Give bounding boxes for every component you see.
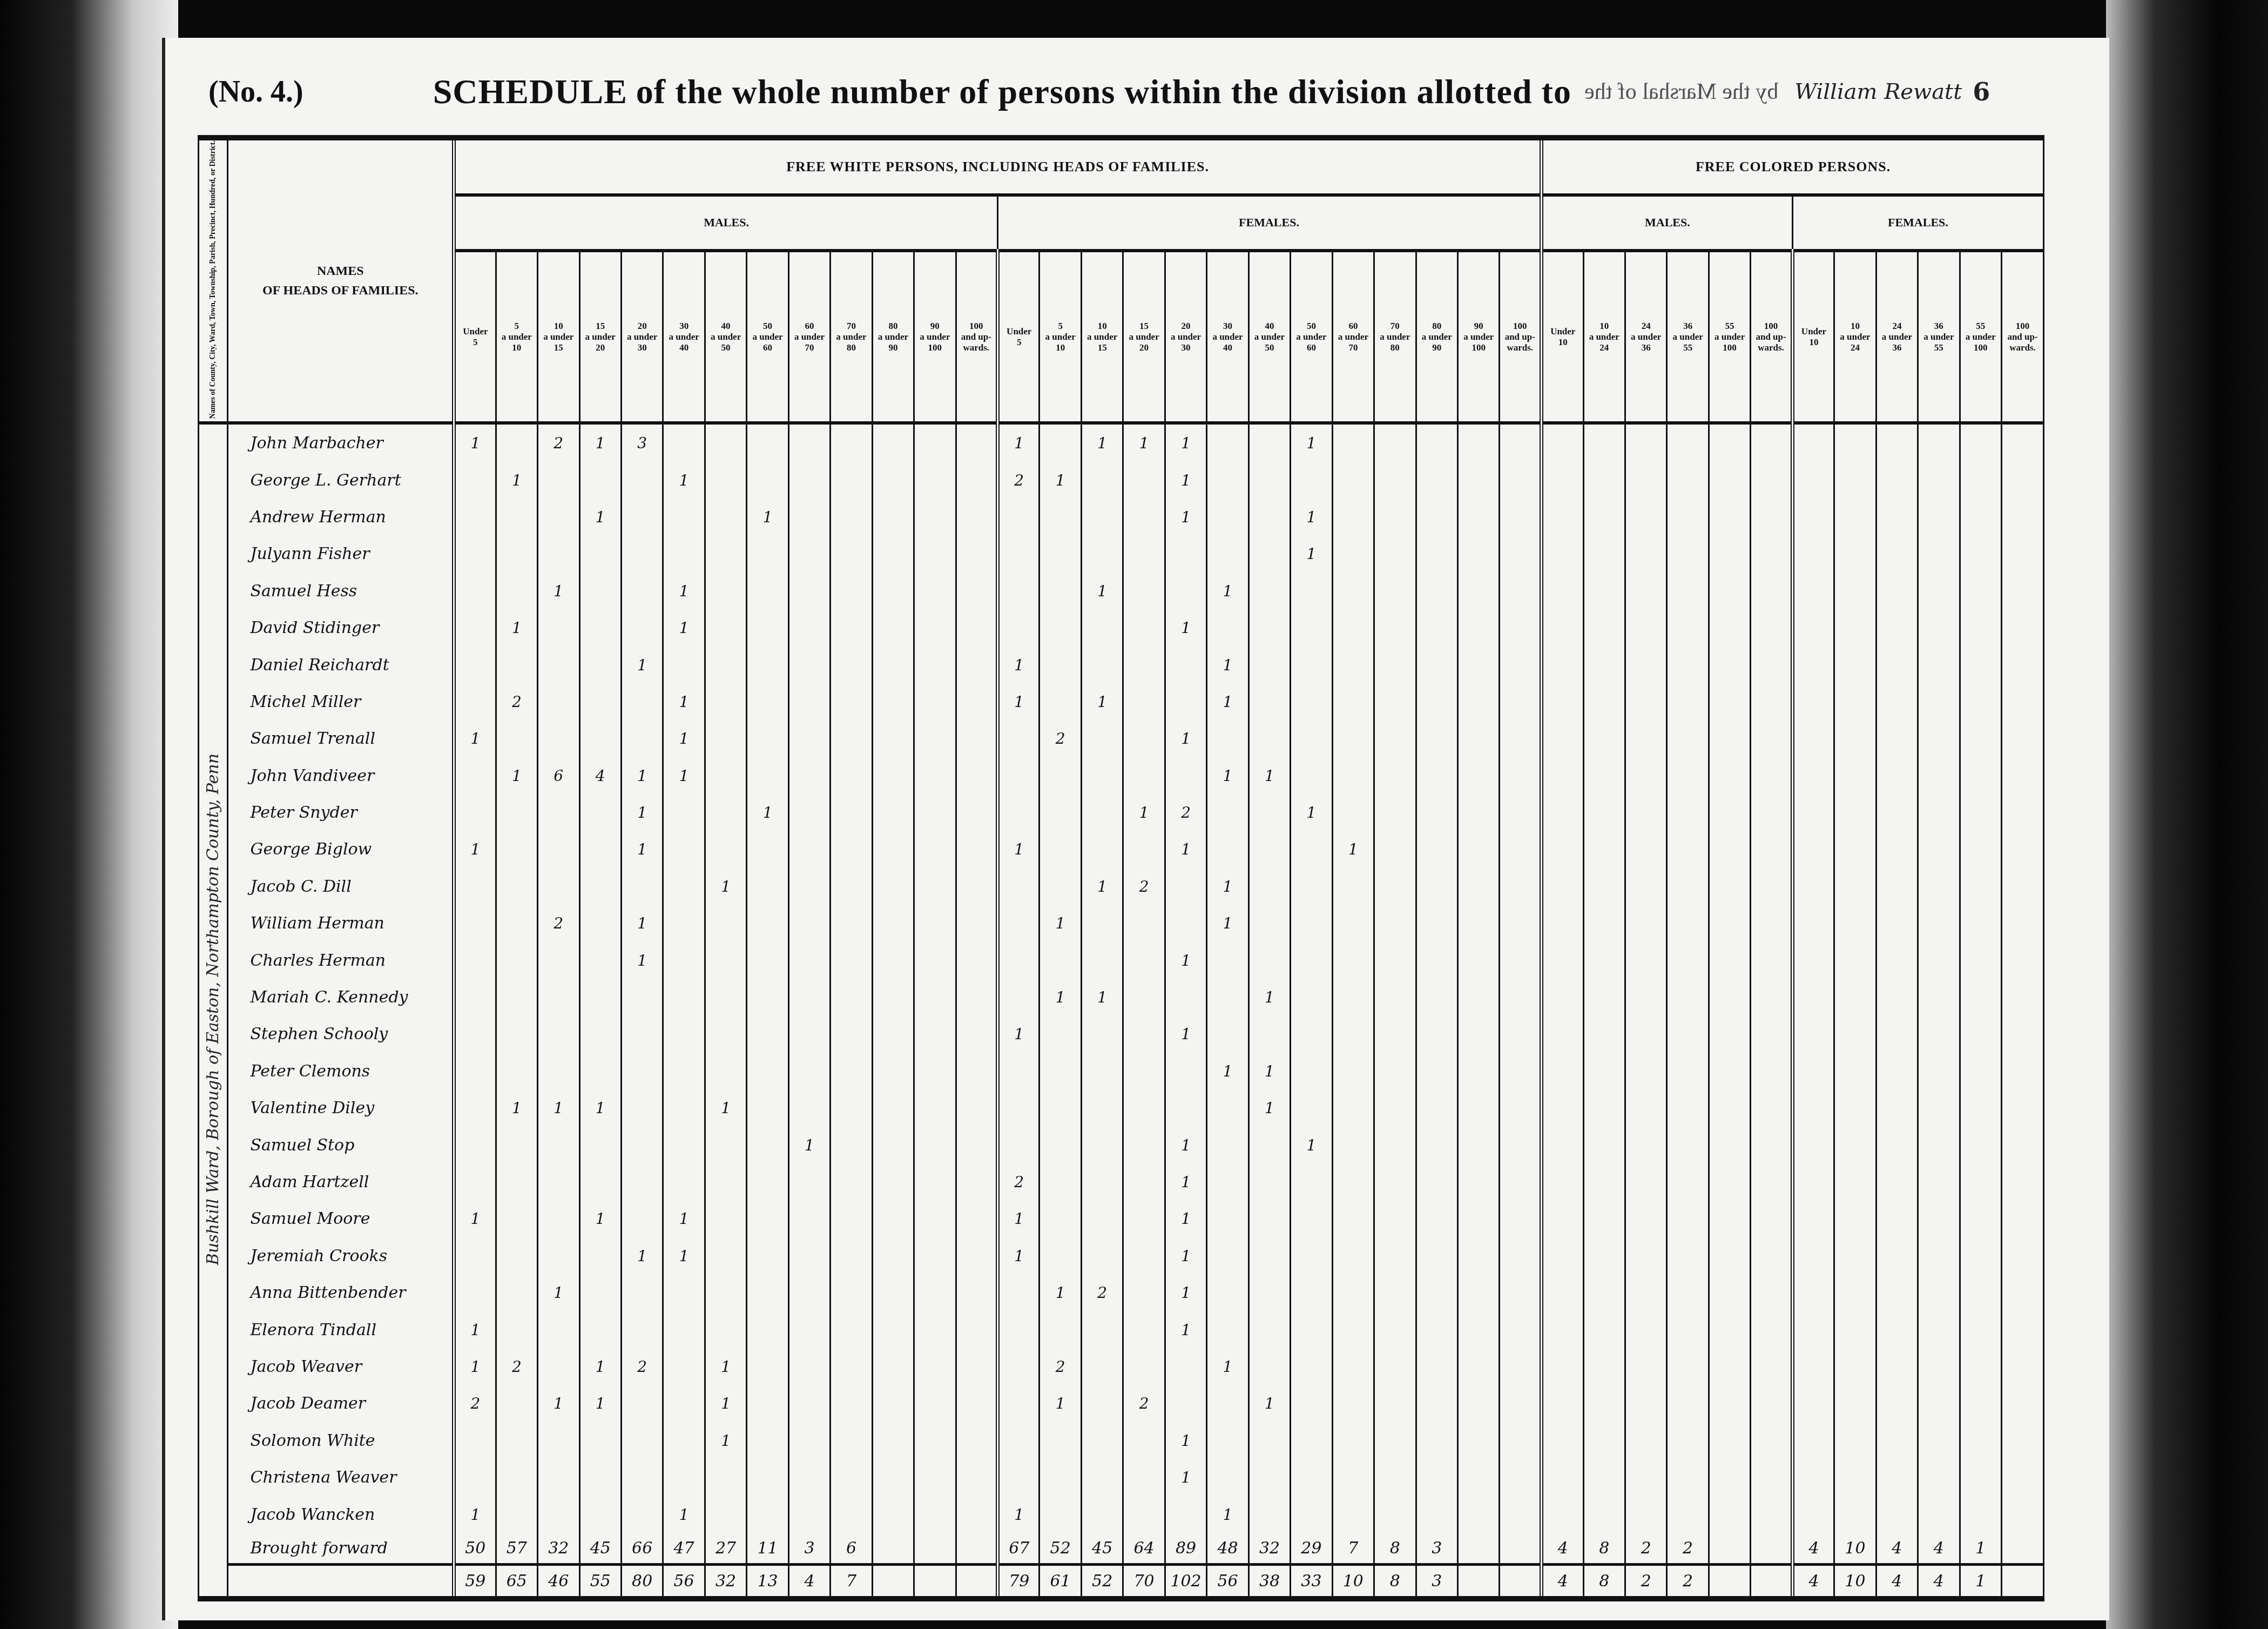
white-female-count [1332, 1237, 1374, 1274]
total-cm: 4 [1542, 1565, 1583, 1599]
white-female-count [1081, 647, 1123, 683]
head-of-family-name: Andrew Herman [228, 499, 454, 535]
colored-male-count [1583, 1016, 1625, 1053]
white-female-count [1374, 462, 1416, 499]
white-male-count: 1 [496, 462, 537, 499]
colored-female-count [2002, 757, 2044, 794]
white-female-count [1039, 794, 1081, 831]
white-female-count [1291, 1348, 1332, 1385]
colored-male-count [1709, 794, 1750, 831]
white-male-count [788, 1348, 830, 1385]
colored-female-count [1918, 868, 1960, 905]
white-male-count: 1 [747, 499, 788, 535]
white-female-count [1374, 794, 1416, 831]
white-female-count [1458, 1311, 1500, 1348]
white-male-count [663, 1422, 705, 1459]
white-male-count [538, 1496, 579, 1533]
white-females-header: FEMALES. [998, 195, 1542, 251]
colored-male-count [1751, 831, 1792, 868]
head-of-family-name: Peter Clemons [228, 1053, 454, 1089]
white-male-count [663, 1053, 705, 1089]
title-main: SCHEDULE [433, 72, 627, 112]
white-male-age-3: 15a under20 [579, 251, 621, 423]
white-female-count [1207, 1459, 1248, 1496]
white-male-count [621, 1053, 663, 1089]
colored-male-count [1667, 423, 1709, 461]
colored-male-count [1542, 1090, 1583, 1127]
white-female-count [1416, 1201, 1457, 1237]
total-wm: 13 [747, 1565, 788, 1599]
white-female-count: 1 [1332, 831, 1374, 868]
colored-male-count [1625, 573, 1666, 609]
white-male-count [788, 499, 830, 535]
white-male-count [914, 868, 956, 905]
colored-female-count [1918, 536, 1960, 573]
white-male-count [538, 979, 579, 1015]
white-male-count [788, 1496, 830, 1533]
white-female-count [1039, 1016, 1081, 1053]
white-male-count [538, 1237, 579, 1274]
white-male-count: 1 [705, 1385, 746, 1422]
white-male-count [621, 499, 663, 535]
head-of-family-name: William Herman [228, 905, 454, 942]
white-male-count [831, 979, 872, 1015]
white-male-count [747, 1459, 788, 1496]
white-female-count [1416, 1016, 1457, 1053]
white-male-count: 1 [663, 573, 705, 609]
colored-female-count [1876, 1127, 1918, 1163]
white-female-count [1374, 423, 1416, 461]
total-wm: 50 [454, 1533, 496, 1565]
colored-male-count [1751, 647, 1792, 683]
census-page: (No. 4.) SCHEDULE of the whole number of… [162, 38, 2109, 1620]
white-female-count [1039, 757, 1081, 794]
colored-male-count [1583, 573, 1625, 609]
white-male-count [872, 683, 914, 720]
colored-male-count [1751, 1385, 1792, 1422]
colored-female-count [1960, 609, 2001, 646]
white-male-age-11: 90a under100 [914, 251, 956, 423]
place-column-header: Names of County, City, Ward, Town, Towns… [199, 138, 228, 423]
total-wm: 55 [579, 1565, 621, 1599]
white-male-count: 2 [538, 905, 579, 942]
white-male-count [747, 942, 788, 979]
colored-female-count [1834, 423, 1876, 461]
colored-female-count [1876, 423, 1918, 461]
white-female-count [1123, 1459, 1165, 1496]
white-male-count: 1 [496, 609, 537, 646]
white-female-count: 1 [1207, 573, 1248, 609]
white-female-count [1458, 794, 1500, 831]
white-male-count [496, 1496, 537, 1533]
white-female-count [1332, 1274, 1374, 1311]
colored-male-count [1667, 1016, 1709, 1053]
colored-male-count [1625, 831, 1666, 868]
white-female-count [1165, 1348, 1206, 1385]
colored-male-count [1667, 1163, 1709, 1200]
white-male-count [663, 1016, 705, 1053]
colored-female-count [1792, 462, 1834, 499]
white-male-count [663, 423, 705, 461]
household-row: David Stidinger111 [199, 609, 2044, 646]
age-label-part: a under [706, 332, 746, 342]
colored-male-count [1625, 1201, 1666, 1237]
household-row: Samuel Moore11111 [199, 1201, 2044, 1237]
colored-female-count [1918, 647, 1960, 683]
white-male-count: 1 [705, 1348, 746, 1385]
white-male-age-0: Under5 [454, 251, 496, 423]
white-female-count [1248, 721, 1290, 757]
total-cf: 1 [1960, 1565, 2001, 1599]
total-wf: 67 [998, 1533, 1039, 1565]
age-label-part: 30 [622, 342, 662, 353]
colored-female-count [1918, 1237, 1960, 1274]
age-label-part: 70 [1375, 321, 1415, 332]
head-of-family-name: Mariah C. Kennedy [228, 979, 454, 1015]
white-female-count: 1 [1291, 499, 1332, 535]
age-label-part: a under [1626, 332, 1666, 342]
white-male-count [538, 1459, 579, 1496]
white-female-count [1291, 1090, 1332, 1127]
colored-female-count [1960, 1201, 2001, 1237]
age-label-part: 55 [1668, 342, 1707, 353]
age-label-part: a under [1291, 332, 1331, 342]
colored-male-count [1751, 1274, 1792, 1311]
white-female-count: 1 [998, 1496, 1039, 1533]
white-male-count [579, 573, 621, 609]
white-female-count: 1 [1165, 831, 1206, 868]
colored-female-count [1960, 1127, 2001, 1163]
white-female-age-0: Under5 [998, 251, 1039, 423]
colored-male-count [1751, 757, 1792, 794]
white-female-count [1374, 1053, 1416, 1089]
white-male-count [663, 1459, 705, 1496]
white-male-count [705, 423, 746, 461]
white-female-count [1416, 1090, 1457, 1127]
head-of-family-name: Peter Snyder [228, 794, 454, 831]
white-female-count [1291, 573, 1332, 609]
colored-female-count [1960, 1053, 2001, 1089]
white-female-age-6: 40a under50 [1248, 251, 1290, 423]
white-male-count [454, 905, 496, 942]
colored-male-count [1583, 1348, 1625, 1385]
white-female-count: 1 [1207, 1348, 1248, 1385]
total-cf: 4 [1792, 1533, 1834, 1565]
total-wf: 29 [1291, 1533, 1332, 1565]
white-female-count [1416, 647, 1457, 683]
age-label-part: 100 [2002, 321, 2043, 332]
colored-male-count [1583, 1237, 1625, 1274]
age-label-part: 15 [1082, 342, 1122, 353]
white-male-count [914, 573, 956, 609]
white-male-count [496, 536, 537, 573]
head-of-family-name: Christena Weaver [228, 1459, 454, 1496]
white-female-count [998, 1274, 1039, 1311]
colored-male-count [1625, 794, 1666, 831]
white-female-count [1291, 609, 1332, 646]
white-male-count [831, 831, 872, 868]
white-male-count [496, 573, 537, 609]
white-male-count [747, 683, 788, 720]
total-wm [914, 1565, 956, 1599]
colored-male-count [1542, 1053, 1583, 1089]
colored-male-count [1583, 1385, 1625, 1422]
white-female-count [1374, 831, 1416, 868]
white-male-count [956, 1385, 997, 1422]
colored-female-count [1960, 831, 2001, 868]
white-female-count [1374, 1459, 1416, 1496]
white-male-count [914, 1385, 956, 1422]
colored-female-count [1876, 1348, 1918, 1385]
colored-male-count [1667, 1348, 1709, 1385]
white-female-count: 1 [1291, 423, 1332, 461]
white-female-count [1500, 1237, 1542, 1274]
head-of-family-name: Samuel Stop [228, 1127, 454, 1163]
white-female-count [1291, 1201, 1332, 1237]
colored-male-count [1625, 1385, 1666, 1422]
head-of-family-name: Elenora Tindall [228, 1311, 454, 1348]
white-female-count [1332, 609, 1374, 646]
white-male-count [747, 868, 788, 905]
white-female-count: 1 [1039, 979, 1081, 1015]
white-female-count [1458, 868, 1500, 905]
white-female-count [1165, 536, 1206, 573]
colored-female-count [1876, 979, 1918, 1015]
white-female-count: 1 [1207, 647, 1248, 683]
white-male-count [872, 1053, 914, 1089]
colored-male-count [1709, 1385, 1750, 1422]
total-wm: 66 [621, 1533, 663, 1565]
white-female-count [1291, 1422, 1332, 1459]
age-label-part: a under [747, 332, 787, 342]
colored-male-count [1667, 609, 1709, 646]
white-male-count [454, 499, 496, 535]
white-female-count [1248, 794, 1290, 831]
age-label-part: 20 [580, 342, 620, 353]
colored-male-count [1709, 831, 1750, 868]
age-label-part: 80 [831, 342, 871, 353]
white-male-count [579, 647, 621, 683]
colored-male-count [1667, 573, 1709, 609]
white-female-count [1500, 1274, 1542, 1311]
colored-male-count [1667, 683, 1709, 720]
white-male-count [872, 647, 914, 683]
head-of-family-name: George L. Gerhart [228, 462, 454, 499]
white-female-count [1248, 1496, 1290, 1533]
white-male-count [914, 499, 956, 535]
age-label-part: 10 [497, 342, 537, 353]
white-female-count [1416, 1385, 1457, 1422]
white-male-count [914, 536, 956, 573]
white-female-count [1081, 831, 1123, 868]
colored-male-count [1667, 794, 1709, 831]
white-male-count [914, 462, 956, 499]
household-row: Elenora Tindall11 [199, 1311, 2044, 1348]
white-female-count [998, 499, 1039, 535]
white-female-count [998, 979, 1039, 1015]
white-female-count [1081, 1459, 1123, 1496]
white-male-count [914, 1311, 956, 1348]
white-male-count [872, 462, 914, 499]
white-female-count [1374, 721, 1416, 757]
white-male-count: 4 [579, 757, 621, 794]
bleed-through-text: by the Marshal of the [1584, 79, 1778, 105]
age-label-part: 24 [1626, 321, 1666, 332]
colored-female-count [2002, 1090, 2044, 1127]
head-of-family-name: Adam Hartzell [228, 1163, 454, 1200]
white-female-count [1039, 1237, 1081, 1274]
colored-female-count [1918, 1496, 1960, 1533]
head-of-family-name: George Biglow [228, 831, 454, 868]
white-male-count [663, 868, 705, 905]
white-male-count [914, 1422, 956, 1459]
age-label-part: 40 [1250, 321, 1290, 332]
white-female-count [1207, 721, 1248, 757]
white-male-count [831, 1459, 872, 1496]
total-wm: 80 [621, 1565, 663, 1599]
total-wm [956, 1533, 997, 1565]
white-male-count [831, 721, 872, 757]
colored-female-count [1876, 609, 1918, 646]
white-female-count [1207, 942, 1248, 979]
head-of-family-name: Charles Herman [228, 942, 454, 979]
age-label-part: 100 [1961, 342, 2001, 353]
colored-male-count [1542, 1459, 1583, 1496]
white-male-count [538, 1422, 579, 1459]
white-male-count [872, 1163, 914, 1200]
white-male-count: 1 [538, 1274, 579, 1311]
white-female-count [1416, 1237, 1457, 1274]
colored-male-count [1542, 423, 1583, 461]
colored-male-count [1583, 794, 1625, 831]
white-female-count [1500, 1016, 1542, 1053]
colored-female-count [1834, 573, 1876, 609]
white-female-count [1123, 757, 1165, 794]
white-male-count [747, 1385, 788, 1422]
colored-male-count [1625, 1348, 1666, 1385]
white-female-count [1416, 1274, 1457, 1311]
white-male-count [788, 905, 830, 942]
white-male-count [788, 423, 830, 461]
white-male-count [538, 868, 579, 905]
white-female-count [1165, 979, 1206, 1015]
white-female-count [1500, 1385, 1542, 1422]
white-female-count [1458, 1459, 1500, 1496]
colored-male-count [1751, 683, 1792, 720]
white-male-count [914, 1090, 956, 1127]
white-male-count [496, 1016, 537, 1053]
white-female-count [1165, 868, 1206, 905]
white-female-count [1332, 1496, 1374, 1533]
white-male-count [454, 609, 496, 646]
white-male-count [788, 1016, 830, 1053]
total-cm: 2 [1625, 1565, 1666, 1599]
white-male-count [496, 831, 537, 868]
colored-female-count [1834, 979, 1876, 1015]
white-female-count [1332, 1385, 1374, 1422]
white-male-count [663, 1090, 705, 1127]
white-male-count [956, 1127, 997, 1163]
white-female-count [1165, 683, 1206, 720]
colored-male-count [1542, 831, 1583, 868]
age-label-part: 24 [1584, 342, 1624, 353]
colored-females-header: FEMALES. [1792, 195, 2043, 251]
white-female-count [1374, 1385, 1416, 1422]
white-female-count [998, 1090, 1039, 1127]
age-label-part: a under [1250, 332, 1290, 342]
white-males-header: MALES. [454, 195, 998, 251]
age-label-part: 36 [1919, 321, 1959, 332]
white-female-count [1039, 1127, 1081, 1163]
white-male-count [956, 1274, 997, 1311]
white-male-count [747, 1496, 788, 1533]
age-label-part: 55 [1919, 342, 1959, 353]
age-label-part: 40 [664, 342, 704, 353]
total-wf: 3 [1416, 1533, 1457, 1565]
colored-male-count [1709, 1422, 1750, 1459]
white-female-count: 1 [1291, 794, 1332, 831]
white-female-count: 1 [1165, 1459, 1206, 1496]
white-male-age-9: 70a under80 [831, 251, 872, 423]
total-cm [1709, 1533, 1750, 1565]
household-row: George L. Gerhart11211 [199, 462, 2044, 499]
white-female-count [1416, 1163, 1457, 1200]
white-male-count: 1 [621, 1237, 663, 1274]
colored-female-count [1834, 794, 1876, 831]
white-male-count [705, 794, 746, 831]
colored-female-count [2002, 1053, 2044, 1089]
household-row: Bushkill Ward, Borough of Easton, Northa… [199, 423, 2044, 461]
colored-female-count [1792, 794, 1834, 831]
white-female-count: 1 [1165, 1127, 1206, 1163]
white-male-count: 1 [579, 1201, 621, 1237]
white-female-count [1081, 1237, 1123, 1274]
total-wf: 61 [1039, 1565, 1081, 1599]
white-female-count [1248, 573, 1290, 609]
colored-female-count [1960, 868, 2001, 905]
white-male-count [747, 423, 788, 461]
white-male-count [538, 462, 579, 499]
white-female-count: 1 [1165, 609, 1206, 646]
total-wf: 8 [1374, 1565, 1416, 1599]
white-female-count [1374, 499, 1416, 535]
head-of-family-name: Samuel Hess [228, 573, 454, 609]
white-female-count [1458, 1348, 1500, 1385]
white-male-count: 1 [621, 757, 663, 794]
white-female-count [1332, 573, 1374, 609]
total-wm: 46 [538, 1565, 579, 1599]
white-female-count: 1 [1207, 683, 1248, 720]
white-female-count [1123, 1201, 1165, 1237]
white-female-count [1039, 683, 1081, 720]
household-row: Jacob Wancken1111 [199, 1496, 2044, 1533]
white-male-count [788, 1422, 830, 1459]
household-row: Peter Snyder11121 [199, 794, 2044, 831]
household-row: Jeremiah Crooks1111 [199, 1237, 2044, 1274]
white-male-count [831, 536, 872, 573]
colored-female-age-5: 100and up-wards. [2002, 251, 2044, 423]
white-male-count [496, 1127, 537, 1163]
white-female-count [1248, 1201, 1290, 1237]
colored-female-count [1918, 1459, 1960, 1496]
colored-female-count [1876, 831, 1918, 868]
colored-female-count [1960, 979, 2001, 1015]
colored-male-count [1751, 1422, 1792, 1459]
colored-female-count [2002, 462, 2044, 499]
head-of-family-name: Julyann Fisher [228, 536, 454, 573]
colored-female-count [1834, 499, 1876, 535]
white-male-count [663, 831, 705, 868]
